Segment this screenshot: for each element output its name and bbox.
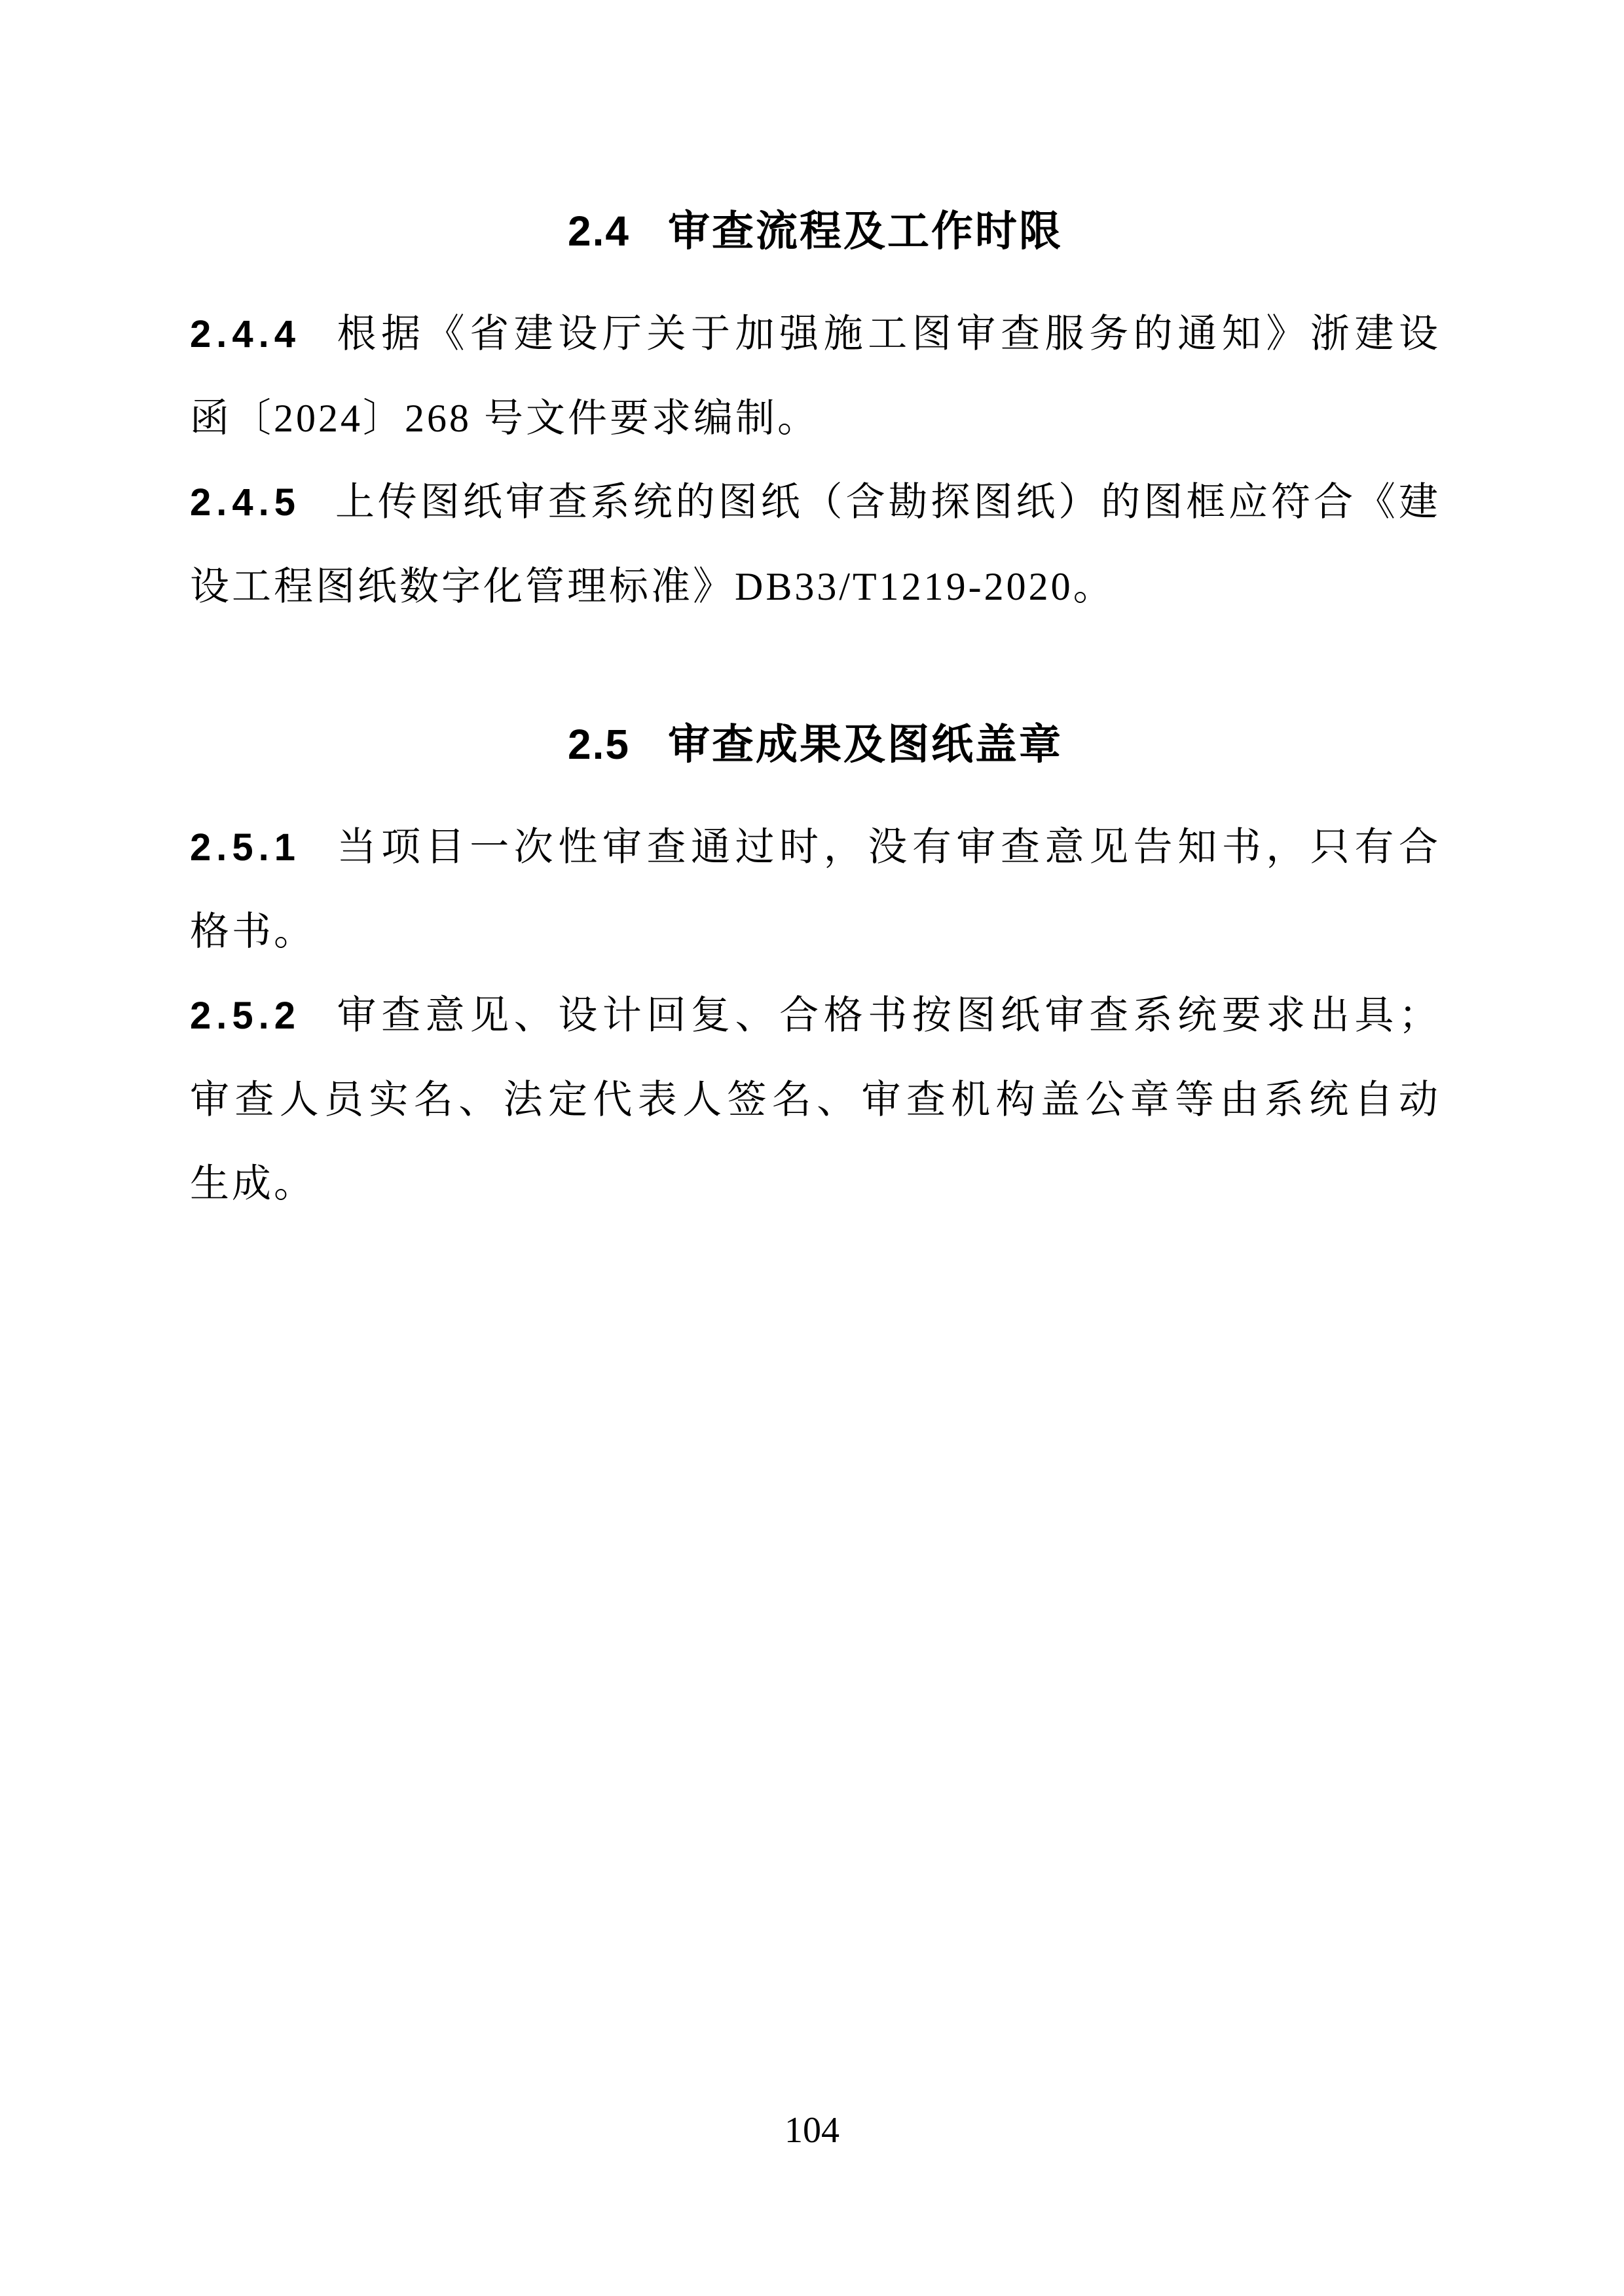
heading-number: 2.4 [568,208,630,255]
document-page: 2.4审查流程及工作时限 2.4.4根据《省建设厅关于加强施工图审查服务的通知》… [0,0,1624,2296]
paragraph-line: 生成。 [190,1142,1441,1226]
paragraph-number: 2.5.1 [190,826,301,869]
heading-title: 审查成果及图纸盖章 [668,721,1063,768]
paragraph-number: 2.4.4 [190,313,301,355]
paragraph-line: 审查人员实名、法定代表人签名、审查机构盖公章等由系统自动 [190,1058,1441,1142]
paragraph-line: 2.5.2审查意见、设计回复、合格书按图纸审查系统要求出具； [190,974,1441,1058]
page-content: 2.4审查流程及工作时限 2.4.4根据《省建设厅关于加强施工图审查服务的通知》… [190,0,1441,1226]
paragraph-text: 当项目一次性审查通过时，没有审查意见告知书，只有合 [335,826,1441,869]
paragraph-text: 上传图纸审查系统的图纸（含勘探图纸）的图框应符合《建 [335,481,1441,524]
paragraph-line: 2.4.4根据《省建设厅关于加强施工图审查服务的通知》浙建设 [190,292,1441,376]
paragraph-number: 2.4.5 [190,481,301,524]
heading-title: 审查流程及工作时限 [668,208,1063,255]
paragraph-line: 2.5.1当项目一次性审查通过时，没有审查意见告知书，只有合 [190,805,1441,890]
paragraph-text: 函〔2024〕268 号文件要求编制。 [190,397,819,440]
paragraph-text: 设工程图纸数字化管理标准》DB33/T1219-2020。 [190,565,1115,608]
section-heading-2-5: 2.5审查成果及图纸盖章 [190,708,1441,780]
section-heading-2-4: 2.4审查流程及工作时限 [190,195,1441,267]
paragraph-text: 生成。 [190,1162,316,1205]
heading-number: 2.5 [568,721,630,768]
paragraph-text: 审查意见、设计回复、合格书按图纸审查系统要求出具； [335,994,1441,1037]
paragraph-text: 格书。 [190,910,316,953]
paragraph-number: 2.5.2 [190,994,301,1037]
section-2-5-body: 2.5.1当项目一次性审查通过时，没有审查意见告知书，只有合 格书。 2.5.2… [190,805,1441,1226]
page-number: 104 [0,2109,1624,2151]
paragraph-line: 设工程图纸数字化管理标准》DB33/T1219-2020。 [190,545,1441,629]
paragraph-line: 函〔2024〕268 号文件要求编制。 [190,376,1441,460]
paragraph-line: 格书。 [190,890,1441,974]
paragraph-text: 根据《省建设厅关于加强施工图审查服务的通知》浙建设 [335,312,1441,355]
paragraph-text: 审查人员实名、法定代表人签名、审查机构盖公章等由系统自动 [190,1078,1441,1121]
paragraph-line: 2.4.5上传图纸审查系统的图纸（含勘探图纸）的图框应符合《建 [190,460,1441,545]
section-2-4-body: 2.4.4根据《省建设厅关于加强施工图审查服务的通知》浙建设 函〔2024〕26… [190,292,1441,629]
